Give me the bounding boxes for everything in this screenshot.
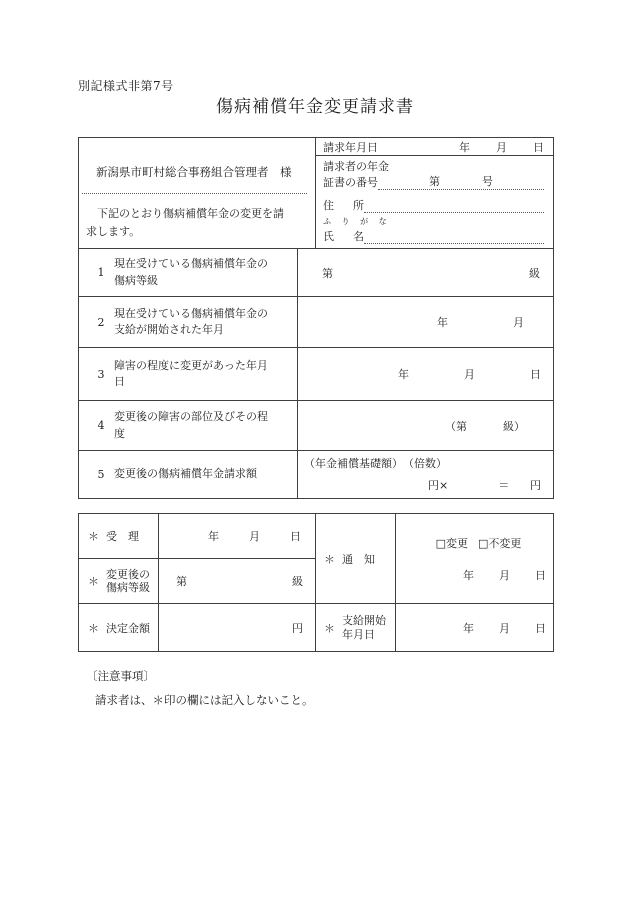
addressee-cell: 新潟県市町村総合事務組合管理者 様 下記のとおり傷病補償年金の変更を請求します。	[79, 138, 316, 248]
row1-value-field[interactable]: 第 級	[298, 249, 553, 296]
page-title: 傷病補償年金変更請求書	[0, 92, 630, 117]
day-unit: 日	[290, 528, 301, 544]
decided-amount-label-cell: ＊ 決定金額	[79, 604, 159, 651]
notes-heading: 〔注意事項〕	[86, 668, 155, 684]
asterisk-mark: ＊	[88, 620, 99, 636]
address-label-right: 所	[353, 198, 364, 213]
grade-paren-prefix: （第	[445, 418, 467, 434]
asterisk-mark: ＊	[88, 528, 99, 544]
address-field[interactable]	[364, 212, 544, 213]
grade-suffix: 級	[529, 265, 540, 281]
yen-unit: 円	[530, 477, 541, 493]
name-field[interactable]	[364, 243, 544, 244]
year-unit: 年	[463, 620, 474, 636]
notice-result-cell: □変更 □不変更 年 月 日	[396, 514, 553, 604]
name-label-right: 名	[353, 229, 364, 244]
table-row-1: 1 現在受けている傷病補償年金の傷病等級 第 級	[79, 249, 553, 297]
day-unit: 日	[535, 620, 546, 636]
row-label: 障害の程度に変更があった年月日	[114, 358, 274, 391]
day-unit: 日	[530, 366, 541, 382]
form-page: 別記様式非第7号 傷病補償年金変更請求書 新潟県市町村総合事務組合管理者 様 下…	[0, 0, 630, 903]
row3-value-field[interactable]: 年 月 日	[298, 348, 553, 400]
row5-value-field[interactable]: （年金補償基礎額） （倍数） 円× ＝ 円	[298, 451, 553, 498]
row-label: 現在受けている傷病補償年金の支給が開始された年月	[114, 306, 274, 339]
year-unit: 年	[437, 314, 448, 330]
row1-label-cell: 1 現在受けている傷病補償年金の傷病等級	[79, 249, 298, 296]
table-row-4: 4 変更後の障害の部位及びその程度 （第 級）	[79, 401, 553, 451]
notice-label-cell: ＊ 通 知	[316, 514, 396, 604]
request-table: 新潟県市町村総合事務組合管理者 様 下記のとおり傷病補償年金の変更を請求します。…	[78, 137, 554, 499]
row2-label-cell: 2 現在受けている傷病補償年金の支給が開始された年月	[79, 297, 298, 347]
year-unit: 年	[398, 366, 409, 382]
office-use-table: ＊ 受 理 年 月 日 ＊ 変更後の傷病等級 第 級 ＊ 決定金額 円 ＊ 通 …	[78, 513, 554, 652]
requester-info-cell: 請求者の年金 証書の番号 第 号 住 所 ふ り が な	[316, 156, 553, 248]
request-date-label: 請求年月日	[323, 139, 378, 155]
addressee-text: 新潟県市町村総合事務組合管理者 様	[79, 164, 315, 180]
row5-label-cell: 5 変更後の傷病補償年金請求額	[79, 451, 298, 498]
certificate-label-line1: 請求者の年金	[323, 159, 544, 174]
payment-start-date-row: 年 月 日	[396, 620, 553, 636]
amount-formula-header: （年金補償基礎額） （倍数）	[304, 455, 541, 471]
month-unit: 月	[513, 314, 524, 330]
addressee-fill-line[interactable]	[82, 193, 307, 194]
request-date-field[interactable]: 年 月 日	[459, 139, 544, 155]
day-unit: 日	[535, 567, 546, 583]
row4-value-field[interactable]: （第 級）	[298, 401, 553, 450]
declaration-text: 下記のとおり傷病補償年金の変更を請求します。	[86, 205, 291, 240]
certificate-number-field[interactable]: 第 号	[378, 174, 544, 190]
row-number: 5	[90, 468, 112, 481]
asterisk-mark: ＊	[324, 620, 335, 636]
receipt-label: 受 理	[106, 528, 139, 544]
furigana-label: ふ り が な	[323, 217, 544, 227]
address-label-left: 住	[323, 198, 334, 213]
notice-label: 通 知	[342, 551, 375, 567]
row4-label-cell: 4 変更後の障害の部位及びその程度	[79, 401, 298, 450]
row-label: 現在受けている傷病補償年金の傷病等級	[114, 256, 274, 289]
table-row-5: 5 変更後の傷病補償年金請求額 （年金補償基礎額） （倍数） 円× ＝ 円	[79, 451, 553, 498]
table-row-2: 2 現在受けている傷病補償年金の支給が開始された年月 年 月	[79, 297, 553, 348]
year-unit: 年	[459, 139, 470, 155]
row-number: 2	[90, 316, 112, 329]
decided-amount-field[interactable]: 円	[159, 604, 316, 651]
grade-prefix: 第	[176, 573, 187, 589]
row-label: 変更後の障害の部位及びその程度	[114, 409, 274, 442]
yen-times-unit: 円×	[428, 477, 448, 493]
receipt-label-cell: ＊ 受 理	[79, 514, 159, 559]
grade-after-change-field[interactable]: 第 級	[159, 559, 316, 604]
request-table-header: 新潟県市町村総合事務組合管理者 様 下記のとおり傷病補償年金の変更を請求します。…	[79, 138, 553, 249]
grade-after-change-label-cell: ＊ 変更後の傷病等級	[79, 559, 159, 604]
equals-sign: ＝	[498, 477, 509, 493]
notes-body: 請求者は、＊印の欄には記入しないこと。	[95, 692, 314, 708]
name-label-left: 氏	[323, 229, 334, 244]
grade-after-change-label: 変更後の傷病等級	[106, 568, 152, 594]
checkbox-no-change[interactable]: □不変更	[478, 535, 521, 551]
row-number: 1	[90, 266, 112, 279]
row3-label-cell: 3 障害の程度に変更があった年月日	[79, 348, 298, 400]
request-date-row: 請求年月日 年 月 日	[316, 138, 553, 156]
requester-column: 請求年月日 年 月 日 請求者の年金 証書の番号 第 号	[316, 138, 553, 248]
decided-amount-label: 決定金額	[106, 620, 150, 636]
grade-prefix: 第	[322, 265, 333, 281]
certificate-label-line2: 証書の番号	[323, 175, 378, 190]
month-unit: 月	[249, 528, 260, 544]
month-unit: 月	[499, 567, 510, 583]
month-unit: 月	[464, 366, 475, 382]
yen-unit: 円	[292, 620, 303, 636]
receipt-date-field[interactable]: 年 月 日	[159, 514, 316, 559]
row-number: 3	[90, 368, 112, 381]
certificate-number-row: 証書の番号 第 号	[323, 174, 544, 190]
row-label: 変更後の傷病補償年金請求額	[114, 466, 274, 483]
checkbox-change[interactable]: □変更	[436, 535, 468, 551]
notice-checkbox-row: □変更 □不変更	[428, 535, 522, 551]
day-unit: 日	[533, 139, 544, 155]
table-row-3: 3 障害の程度に変更があった年月日 年 月 日	[79, 348, 553, 401]
amount-formula-line: 円× ＝ 円	[304, 477, 541, 493]
asterisk-mark: ＊	[324, 551, 335, 567]
year-unit: 年	[208, 528, 219, 544]
row2-value-field[interactable]: 年 月	[298, 297, 553, 347]
asterisk-mark: ＊	[88, 573, 99, 589]
row-number: 4	[90, 419, 112, 432]
month-unit: 月	[496, 139, 507, 155]
grade-paren-suffix: 級）	[503, 418, 525, 434]
payment-start-label: 支給開始年月日	[342, 614, 388, 640]
payment-start-label-cell: ＊ 支給開始年月日	[316, 604, 396, 651]
notice-date-field[interactable]: 年 月 日	[396, 567, 553, 583]
certificate-no-suffix: 号	[482, 174, 493, 189]
address-row: 住 所	[323, 198, 544, 213]
month-unit: 月	[499, 620, 510, 636]
grade-suffix: 級	[292, 573, 303, 589]
year-unit: 年	[463, 567, 474, 583]
payment-start-date-field[interactable]: 年 月 日	[396, 604, 553, 651]
name-row: 氏 名	[323, 229, 544, 244]
certificate-no-prefix: 第	[429, 174, 440, 189]
